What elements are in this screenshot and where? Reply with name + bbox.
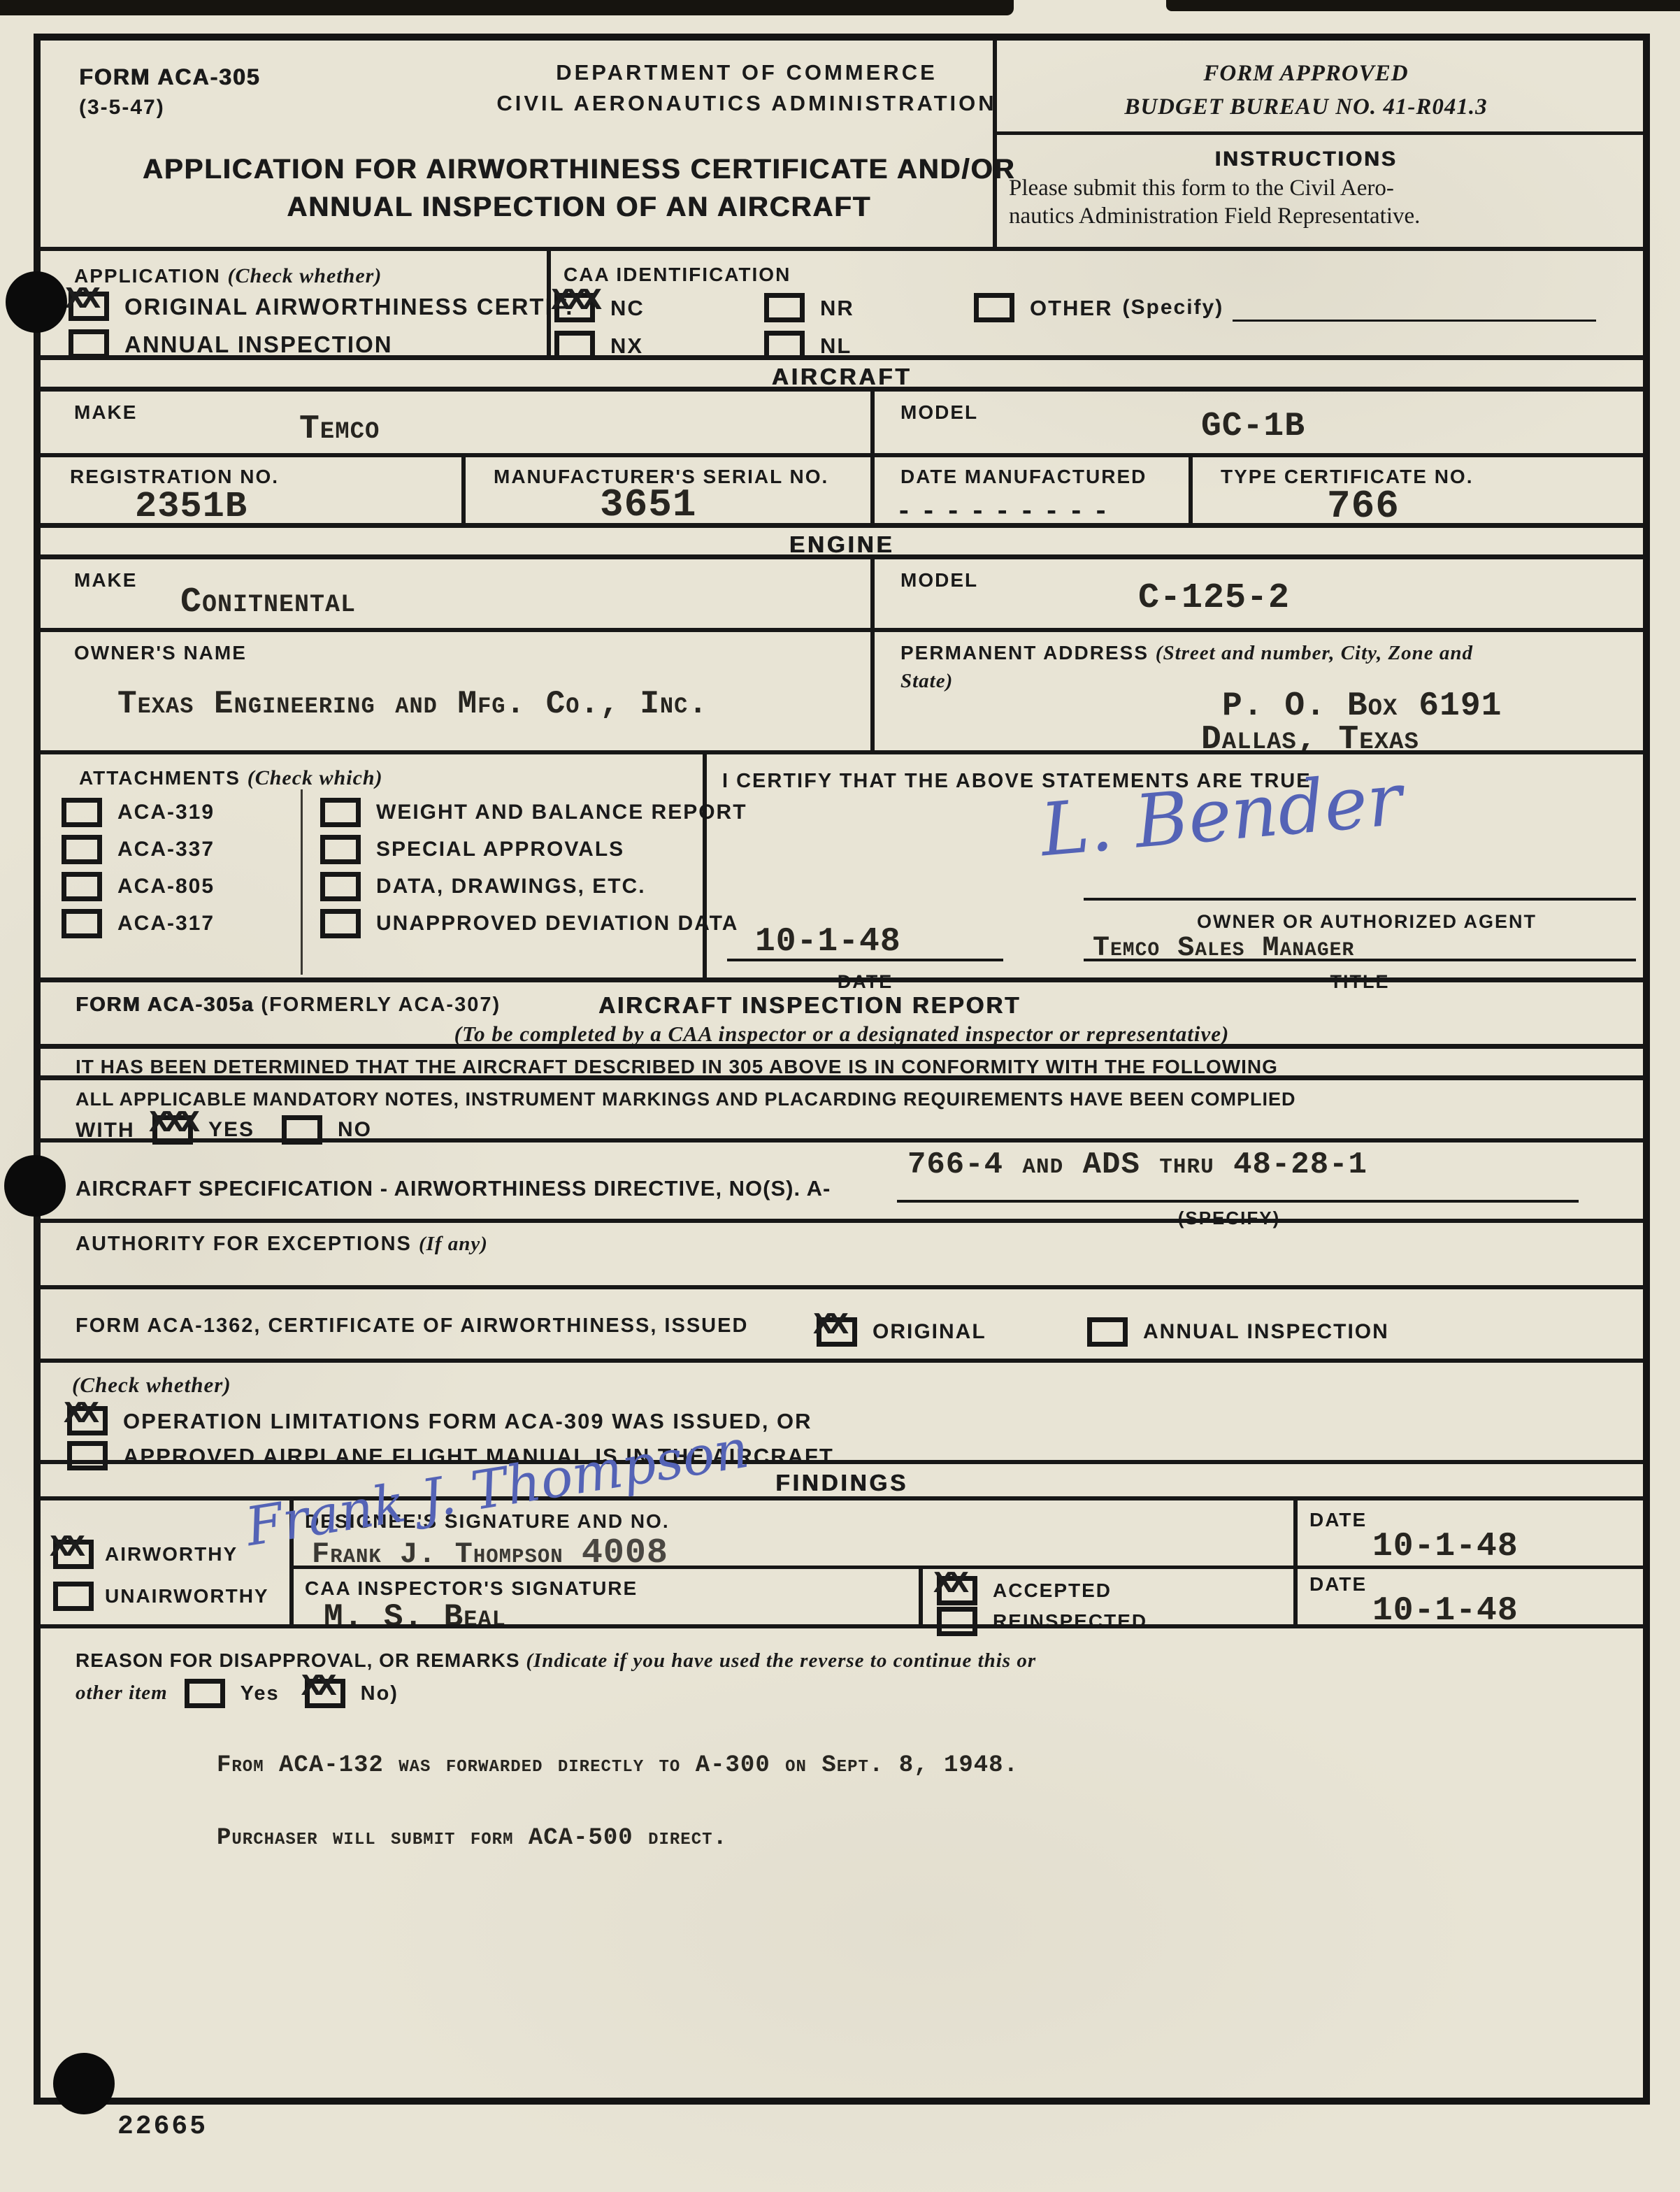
aircraft-model-value: GC-1B [1201, 408, 1305, 445]
application-label-text: APPLICATION [74, 265, 221, 287]
aca-805-label: ACA-805 [117, 876, 215, 897]
cell-divider [870, 392, 875, 453]
remarks-yes-checkbox[interactable] [185, 1679, 225, 1708]
designee-typed-text: Frank J. Thompson [312, 1538, 563, 1571]
engine-model-value: C-125-2 [1138, 579, 1290, 617]
form-approved-line1: FORM APPROVED [1012, 59, 1600, 89]
check-mark: XX [813, 1309, 844, 1338]
owner-name-value: Texas Engineering and Mfg. Co., Inc. [117, 687, 708, 722]
engine-banner: ENGINE [41, 523, 1643, 554]
authority-hint: (If any) [419, 1233, 488, 1255]
nc-label: NC [610, 297, 645, 319]
address-line1-value: P. O. Box 6191 [1222, 688, 1502, 725]
annual-inspection-checkbox[interactable] [69, 329, 109, 359]
aircraft-make-row: MAKE Temco MODEL GC-1B [41, 387, 1643, 453]
aca-805-option[interactable]: ACA-805 [62, 872, 215, 901]
aca-317-option[interactable]: ACA-317 [62, 909, 215, 938]
unapproved-deviation-checkbox[interactable] [320, 909, 361, 938]
inspection-report-header: FORM ACA-305a (FORMERLY ACA-307) AIRCRAF… [41, 977, 1643, 1044]
compliance-row: ALL APPLICABLE MANDATORY NOTES, INSTRUME… [41, 1075, 1643, 1138]
remarks-no-checkbox[interactable]: XX [305, 1679, 345, 1708]
engine-make-row: MAKE Conitnental MODEL C-125-2 [41, 554, 1643, 628]
nr-checkbox[interactable] [764, 293, 805, 322]
form-header: FORM ACA-305 (3-5-47) DEPARTMENT OF COMM… [41, 41, 1643, 247]
nr-label: NR [820, 297, 854, 319]
administration-name: CIVIL AERONAUTICS ADMINISTRATION [432, 89, 1061, 117]
unairworthy-checkbox[interactable] [53, 1582, 94, 1611]
punch-hole [4, 1155, 66, 1217]
attachments-column-divider [301, 789, 303, 975]
accepted-option[interactable]: XX ACCEPTED [937, 1576, 1112, 1605]
remarks-hint-line1: (Indicate if you have used the reverse t… [526, 1649, 1036, 1672]
aca-1362-original-label: ORIGINAL [873, 1321, 986, 1342]
application-hint: (Check whether) [227, 264, 382, 287]
signer-role-label: OWNER OR AUTHORIZED AGENT [1122, 910, 1611, 934]
original-airworthiness-label: ORIGINAL AIRWORTHINESS CERTIF. [124, 295, 573, 318]
data-drawings-checkbox[interactable] [320, 872, 361, 901]
nc-checkbox[interactable]: XXX [554, 293, 595, 322]
engine-make-label: MAKE [74, 568, 137, 593]
owner-name-label: OWNER'S NAME [74, 640, 247, 666]
authority-row: AUTHORITY FOR EXCEPTIONS (If any) [41, 1219, 1643, 1285]
attachments-label-text: ATTACHMENTS [79, 767, 240, 789]
airworthy-label: AIRWORTHY [105, 1545, 238, 1564]
serial-number-footer: 22665 [117, 2112, 208, 2142]
weight-balance-checkbox[interactable] [320, 798, 361, 827]
aca-305a-form-number: FORM ACA-305a (FORMERLY ACA-307) [76, 992, 501, 1019]
unapproved-deviation-option[interactable]: UNAPPROVED DEVIATION DATA [320, 909, 738, 938]
designee-date-label: DATE [1309, 1507, 1367, 1533]
aca-805-checkbox[interactable] [62, 872, 102, 901]
attachments-certify-section: ATTACHMENTS (Check which) ACA-319 ACA-33… [41, 750, 1643, 977]
inspector-date-label: DATE [1309, 1572, 1367, 1597]
attachments-hint: (Check which) [247, 766, 383, 789]
cell-divider [870, 632, 875, 750]
aircraft-banner: AIRCRAFT [41, 355, 1643, 387]
original-airworthiness-checkbox[interactable]: XX [69, 292, 109, 321]
inspection-report-title: AIRCRAFT INSPECTION REPORT [530, 991, 1089, 1021]
type-certificate-value: 766 [1327, 485, 1400, 529]
owner-row: OWNER'S NAME Texas Engineering and Mfg. … [41, 628, 1643, 750]
registration-number-value: 2351B [135, 487, 247, 526]
header-divider [993, 41, 997, 247]
check-mark: XX [64, 1398, 94, 1427]
data-drawings-option[interactable]: DATA, DRAWINGS, ETC. [320, 872, 646, 901]
aca-1362-annual-label: ANNUAL INSPECTION [1143, 1321, 1389, 1342]
engine-banner-text: ENGINE [41, 533, 1643, 556]
remarks-no-label: No) [361, 1684, 399, 1704]
application-section: APPLICATION (Check whether) XX ORIGINAL … [41, 247, 1643, 355]
scan-edge-artifact [0, 0, 1014, 15]
aircraft-make-label: MAKE [74, 400, 137, 425]
check-whether-hint: (Check whether) [72, 1371, 231, 1399]
aca-319-option[interactable]: ACA-319 [62, 798, 215, 827]
instructions-title: INSTRUCTIONS [1012, 145, 1600, 173]
aca-305-form: FORM ACA-305 (3-5-47) DEPARTMENT OF COMM… [34, 34, 1650, 2105]
weight-balance-option[interactable]: WEIGHT AND BALANCE REPORT [320, 798, 747, 827]
aca-1362-original-option[interactable]: XX ORIGINAL [817, 1317, 986, 1347]
caa-nr-option[interactable]: NR [764, 293, 854, 322]
form-title-line2: ANNUAL INSPECTION OF AN AIRCRAFT [117, 189, 1040, 225]
findings-table: XX AIRWORTHY UNAIRWORTHY DESIGNEE'S SIGN… [41, 1496, 1643, 1624]
punch-hole [53, 2053, 115, 2114]
aca-337-label: ACA-337 [117, 839, 215, 860]
form-number: FORM ACA-305 [79, 63, 260, 92]
accepted-checkbox[interactable]: XX [937, 1576, 977, 1605]
certify-date-value: 10-1-48 [755, 924, 901, 961]
unairworthy-option[interactable]: UNAIRWORTHY [53, 1582, 269, 1611]
engine-model-label: MODEL [900, 568, 978, 593]
instructions-line1: Please submit this form to the Civil Aer… [1009, 173, 1394, 203]
owner-signature-line[interactable] [1084, 898, 1636, 901]
determination-row: IT HAS BEEN DETERMINED THAT THE AIRCRAFT… [41, 1044, 1643, 1075]
attachments-label: ATTACHMENTS (Check which) [79, 764, 383, 791]
remarks-section: REASON FOR DISAPPROVAL, OR REMARKS (Indi… [41, 1624, 1643, 2098]
authority-label-text: AUTHORITY FOR EXCEPTIONS [76, 1233, 412, 1255]
authority-label: AUTHORITY FOR EXCEPTIONS (If any) [76, 1231, 488, 1258]
remarks-label-text: REASON FOR DISAPPROVAL, OR REMARKS [76, 1649, 520, 1671]
operation-limitations-checkbox[interactable]: XX [67, 1406, 108, 1435]
specification-input-line[interactable] [897, 1200, 1579, 1203]
original-airworthiness-option[interactable]: XX ORIGINAL AIRWORTHINESS CERTIF. [69, 292, 573, 321]
other-checkbox[interactable] [974, 293, 1014, 322]
check-mark: XXX [551, 285, 597, 314]
airworthy-checkbox[interactable]: XX [53, 1540, 94, 1569]
scanned-form-page: FORM ACA-305 (3-5-47) DEPARTMENT OF COMM… [0, 0, 1680, 2192]
address-hint-line2: State) [900, 668, 953, 695]
serial-number-value: 3651 [600, 484, 696, 527]
remarks-yesno-line: other item Yes XX No) [76, 1679, 399, 1708]
inspector-signature-label: CAA INSPECTOR'S SIGNATURE [305, 1576, 638, 1601]
aca-1362-annual-option[interactable]: ANNUAL INSPECTION [1087, 1317, 1389, 1347]
application-label: APPLICATION (Check whether) [74, 262, 382, 289]
permanent-address-label: PERMANENT ADDRESS (Street and number, Ci… [900, 640, 1473, 667]
cell-divider [870, 559, 875, 628]
caa-nc-option[interactable]: XXX NC [554, 293, 645, 322]
aircraft-registration-row: REGISTRATION NO. 2351B MANUFACTURER'S SE… [41, 453, 1643, 523]
annual-inspection-label: ANNUAL INSPECTION [124, 333, 393, 356]
cell-divider [461, 457, 466, 523]
instructions-line2: nautics Administration Field Representat… [1009, 201, 1420, 231]
designee-number: 4008 [582, 1533, 668, 1573]
department-name: DEPARTMENT OF COMMERCE [467, 59, 1026, 87]
aca-319-label: ACA-319 [117, 802, 215, 823]
remarks-label: REASON FOR DISAPPROVAL, OR REMARKS (Indi… [76, 1648, 1036, 1675]
aca-317-checkbox[interactable] [62, 909, 102, 938]
aca-1362-original-checkbox[interactable]: XX [817, 1317, 857, 1347]
caa-other-option[interactable]: OTHER (Specify) [974, 293, 1223, 322]
caa-identification-label: CAA IDENTIFICATION [563, 262, 791, 287]
engine-make-value: Conitnental [180, 583, 356, 622]
date-input-line[interactable] [727, 959, 1003, 961]
nl-label: NL [820, 335, 852, 357]
compliance-yes-label: YES [208, 1119, 254, 1140]
check-mark: XX [301, 1670, 332, 1700]
compliance-text: ALL APPLICABLE MANDATORY NOTES, INSTRUME… [76, 1087, 1296, 1112]
cell-divider [870, 457, 875, 523]
specification-row: AIRCRAFT SPECIFICATION - AIRWORTHINESS D… [41, 1138, 1643, 1219]
formerly-label: (FORMERLY ACA-307) [261, 994, 501, 1016]
other-specify-input-line[interactable] [1233, 320, 1596, 322]
scan-edge-artifact [1166, 0, 1680, 11]
aca-305a-label: FORM ACA-305a [76, 994, 254, 1016]
form-title-line1: APPLICATION FOR AIRWORTHINESS CERTIFICAT… [117, 151, 1040, 187]
compliance-no-label: NO [338, 1119, 372, 1140]
nx-label: NX [610, 335, 643, 357]
specification-label: AIRCRAFT SPECIFICATION - AIRWORTHINESS D… [76, 1175, 831, 1203]
cell-divider [1189, 457, 1193, 523]
other-specify-hint: (Specify) [1123, 297, 1224, 318]
aircraft-make-value: Temco [299, 411, 380, 448]
permanent-address-label-text: PERMANENT ADDRESS [900, 642, 1149, 664]
aca-1362-row: FORM ACA-1362, CERTIFICATE OF AIRWORTHIN… [41, 1285, 1643, 1359]
aca-1362-text: FORM ACA-1362, CERTIFICATE OF AIRWORTHIN… [76, 1313, 748, 1340]
aircraft-banner-text: AIRCRAFT [41, 365, 1643, 388]
header-right-divider [993, 131, 1643, 135]
weight-balance-label: WEIGHT AND BALANCE REPORT [376, 802, 747, 823]
special-approvals-option[interactable]: SPECIAL APPROVALS [320, 835, 624, 864]
remarks-hint-line2: other item [76, 1680, 168, 1707]
findings-divider [1293, 1500, 1298, 1624]
findings-divider [919, 1566, 923, 1624]
designee-date-value: 10-1-48 [1372, 1528, 1519, 1566]
aca-317-label: ACA-317 [117, 913, 215, 934]
budget-bureau-number: BUDGET BUREAU NO. 41-R041.3 [1012, 92, 1600, 122]
address-hint-line1: (Street and number, City, Zone and [1156, 642, 1473, 664]
remarks-body-line1: From ACA-132 was forwarded directly to A… [217, 1753, 1019, 1779]
check-mark: XX [50, 1531, 80, 1561]
check-mark: XXX [149, 1107, 195, 1136]
aca-1362-annual-checkbox[interactable] [1087, 1317, 1128, 1347]
aca-337-option[interactable]: ACA-337 [62, 835, 215, 864]
accepted-label: ACCEPTED [993, 1581, 1112, 1600]
unairworthy-label: UNAIRWORTHY [105, 1586, 269, 1606]
attachments-certify-divider [703, 754, 707, 977]
unapproved-deviation-label: UNAPPROVED DEVIATION DATA [376, 913, 738, 934]
form-revision-date: (3-5-47) [79, 94, 165, 121]
check-mark: XX [933, 1568, 964, 1597]
remarks-yes-label: Yes [240, 1684, 280, 1704]
airworthy-option[interactable]: XX AIRWORTHY [53, 1540, 238, 1569]
check-mark: XX [65, 283, 96, 313]
aca-337-checkbox[interactable] [62, 835, 102, 864]
check-whether-section: (Check whether) XX OPERATION LIMITATIONS… [41, 1359, 1643, 1460]
data-drawings-label: DATA, DRAWINGS, ETC. [376, 876, 646, 897]
remarks-body-line2: Purchaser will submit form ACA-500 direc… [217, 1826, 728, 1851]
aca-319-checkbox[interactable] [62, 798, 102, 827]
annual-inspection-option[interactable]: ANNUAL INSPECTION [69, 329, 393, 359]
aircraft-model-label: MODEL [900, 400, 978, 425]
other-label: OTHER [1030, 297, 1113, 319]
date-manufactured-label: DATE MANUFACTURED [900, 464, 1147, 489]
punch-hole [6, 271, 67, 333]
special-approvals-label: SPECIAL APPROVALS [376, 839, 624, 860]
title-input-line[interactable] [1084, 959, 1636, 961]
specification-value: 766-4 and ADS thru 48-28-1 [907, 1148, 1367, 1182]
special-approvals-checkbox[interactable] [320, 835, 361, 864]
